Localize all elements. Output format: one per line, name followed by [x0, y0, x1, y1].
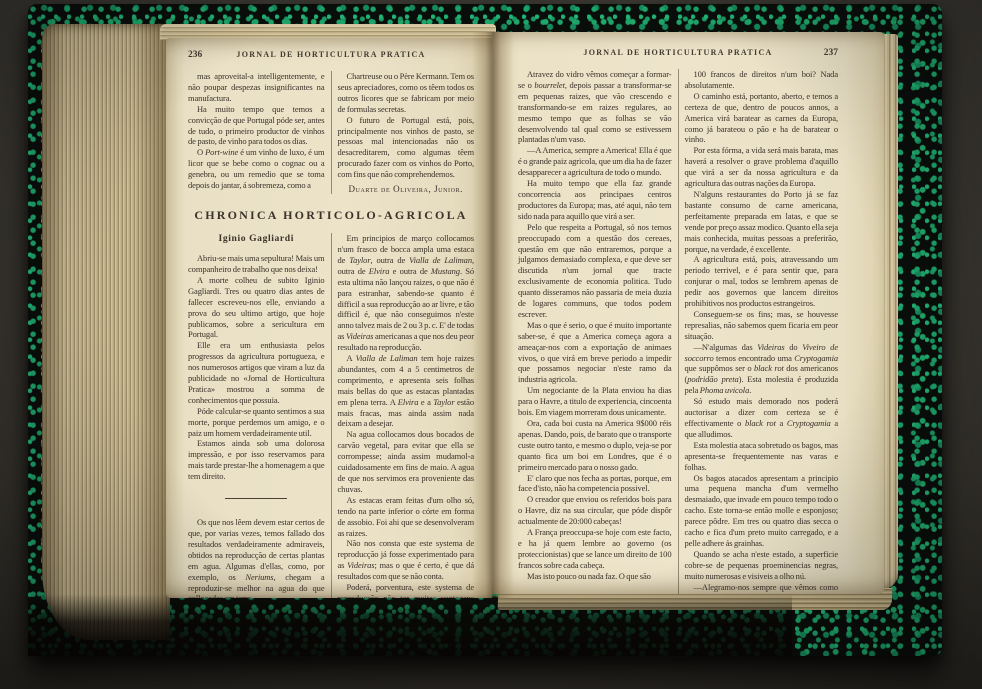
paragraph: Só estudo mais demorado nos poderá aucto… [685, 396, 839, 440]
paragraph: O caminho está, portanto, aberto, e temo… [685, 91, 839, 146]
paragraph: —A America, sempre a America! Ella é que… [518, 145, 672, 178]
paragraph: Elle era um enthusiasta pelos progressos… [188, 340, 325, 405]
paragraph: Mas isto pouco ou nada faz. O que são [518, 571, 672, 582]
right-column: Chartreuse ou o Père Kermann. Tem os seu… [332, 71, 475, 194]
paragraph: mas aproveital-a intelligentemente, e nã… [188, 71, 325, 104]
paragraph: Os bagos atacados apresentam a principio… [685, 473, 839, 549]
page-stack-left-edge [42, 24, 170, 640]
obituary-heading: Iginio Gagliardi [188, 233, 325, 244]
paragraph: Por esta fórma, a vida será mais barata,… [685, 145, 839, 189]
obituary-text: Abriu-se mais uma sepultura! Mais um com… [188, 253, 325, 482]
running-title: JORNAL DE HORTICULTURA PRATICA [222, 50, 440, 59]
paragraph: A morte colheu de subito Iginio Gagliard… [188, 275, 325, 340]
open-book: 236 JORNAL DE HORTICULTURA PRATICA mas a… [28, 4, 942, 656]
chronicle-columns: Iginio Gagliardi Abriu-se mais uma sepul… [188, 233, 474, 598]
top-article-columns: mas aproveital-a intelligentemente, e nã… [188, 71, 474, 194]
paragraph: Ora, cada boi custa na America 9$000 réi… [518, 418, 672, 473]
page-number: 236 [188, 50, 222, 60]
paragraph: Conseguem-se os fins; mas, se houvesse r… [685, 309, 839, 342]
paragraph: Não nos consta que este systema de repro… [338, 538, 475, 582]
paragraph: Atravez do vidro vêmos começar a formar-… [518, 69, 672, 145]
paragraph: Chartreuse ou o Père Kermann. Tem os seu… [338, 71, 475, 115]
paragraph: Os que nos lêem devem estar certos de qu… [188, 517, 325, 598]
paragraph: O creador que enviou os referidos bois p… [518, 494, 672, 527]
article-end-text: Chartreuse ou o Père Kermann. Tem os seu… [338, 71, 475, 180]
paragraph: A Vialla de Laliman tem hoje raizes abun… [338, 353, 475, 429]
paragraph: Em principios de março collocamos n'um f… [338, 233, 475, 353]
paragraph: O Port-wine é um vinho de luxo, é um lic… [188, 147, 325, 191]
page-right: JORNAL DE HORTICULTURA PRATICA 237 Atrav… [492, 32, 884, 594]
paragraph: Poderá, porventura, este systema de repr… [338, 582, 475, 598]
notes-text: Os que nos lêem devem estar certos de qu… [188, 517, 325, 598]
running-title: JORNAL DE HORTICULTURA PRATICA [552, 48, 804, 57]
paragraph: Ha muito tempo que ella faz grande conco… [518, 178, 672, 222]
right-column: 100 francos de direitos n'um boi? Nada a… [679, 69, 839, 594]
paragraph: Estamos ainda sob uma dolorosa impressão… [188, 438, 325, 482]
paragraph: N'alguns restaurantes do Porto já se faz… [685, 189, 839, 254]
page-left: 236 JORNAL DE HORTICULTURA PRATICA mas a… [166, 38, 492, 598]
paragraph: Abriu-se mais uma sepultura! Mais um com… [188, 253, 325, 275]
left-column: mas aproveital-a intelligentemente, e nã… [188, 71, 332, 194]
paragraph: —Alegramo-nos sempre que vêmos como os t… [685, 582, 839, 594]
paragraph: O futuro de Portugal está, pois, princip… [338, 115, 475, 180]
paragraph: Esta molestia ataca sobretudo os bagos, … [685, 440, 839, 473]
paragraph: Mas o que é serio, o que é muito importa… [518, 320, 672, 385]
paragraph: Póde calcular-se quanto sentimos a sua m… [188, 406, 325, 439]
page-number: 237 [804, 48, 838, 58]
left-column: Iginio Gagliardi Abriu-se mais uma sepul… [188, 233, 332, 598]
paragraph: Na agua collocamos dous bocados de carvã… [338, 429, 475, 494]
author-signature: Duarte de Oliveira, Junior. [338, 184, 475, 194]
paragraph: A França preoccupa-se hoje com este fact… [518, 527, 672, 571]
running-head-right: JORNAL DE HORTICULTURA PRATICA 237 [518, 48, 838, 58]
left-column: Atravez do vidro vêmos começar a formar-… [518, 69, 679, 594]
right-column: Em principios de março collocamos n'um f… [332, 233, 475, 598]
body-columns: Atravez do vidro vêmos começar a formar-… [518, 69, 838, 594]
paragraph: —N'algumas das Videiras do Viveiro de so… [685, 342, 839, 397]
photo-background: 236 JORNAL DE HORTICULTURA PRATICA mas a… [0, 0, 982, 689]
paragraph: Pelo que respeita a Portugal, só nos tem… [518, 222, 672, 320]
running-head-left: 236 JORNAL DE HORTICULTURA PRATICA [188, 50, 474, 60]
paragraph: E' claro que nos fecha as portas, porque… [518, 473, 672, 495]
paragraph: 100 francos de direitos n'um boi? Nada a… [685, 69, 839, 91]
paragraph: Ha muito tempo que temos a convicção de … [188, 104, 325, 148]
section-heading: CHRONICA HORTICOLO-AGRICOLA [188, 208, 474, 223]
paragraph: A agricultura está, pois, atravessando u… [685, 254, 839, 309]
section-divider-rule [225, 498, 287, 499]
paragraph: Quando se acha n'este estado, a superfic… [685, 549, 839, 582]
paragraph: As estacas eram feitas d'um olho só, ten… [338, 495, 475, 539]
paragraph: Um negociante de la Plata enviou ha dias… [518, 385, 672, 418]
